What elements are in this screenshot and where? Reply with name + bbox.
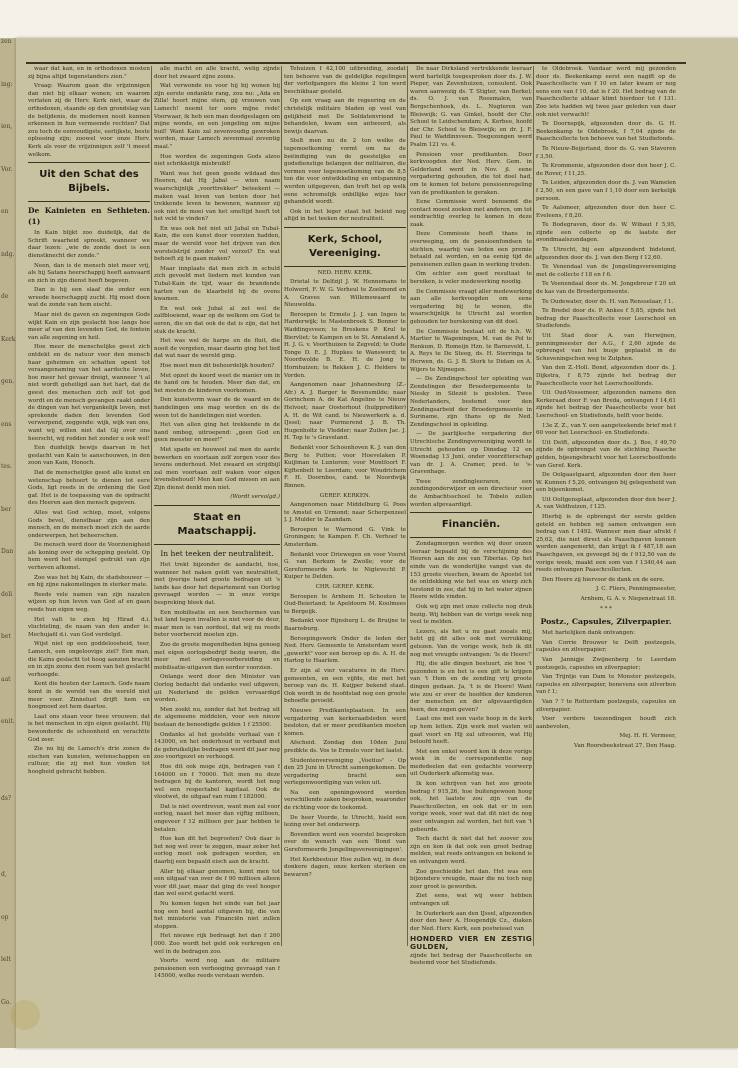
paragraph: Het valt te zien bij Hirad d.i. vluchtel… (28, 617, 150, 640)
paragraph: Te Bredel door ds. P. Ankee f 5,85, zijn… (536, 308, 676, 331)
section-rule (410, 537, 532, 538)
paragraph: Beroepen te Arnhem H. Schouten te Oud-Be… (284, 594, 406, 617)
paragraph: Hoe meer de menschelijke geest zich ontd… (28, 344, 150, 443)
paragraph: Met hartelijken dank ontvangen: (536, 630, 676, 638)
paragraph: Kent die houten der Lamech. Gods naam ko… (28, 681, 150, 711)
paragraph: De mensch werd door de Voorzienigheid al… (28, 542, 150, 572)
paragraph: Bedankt voor Driewegen en voor Voorst G.… (284, 552, 406, 582)
paragraph: Alles wat God schiep, moet, volgens Gods… (28, 510, 150, 540)
paragraph: Eene Commissie werd benoemd die contact … (410, 199, 532, 229)
paragraph: Te Doornspijk, afgezonden door ds. G. H.… (536, 121, 676, 144)
paragraph: Hoe dit ook moge zijn, bedragen van f 16… (154, 764, 280, 802)
paragraph: Zoo geschiedde het dan. Het was een bijz… (410, 869, 532, 892)
paragraph: Het Kerkbestuur Hoe zullen wij, in deze … (284, 857, 406, 880)
paragraph: Ook in het leger staat het beleid nog al… (284, 209, 406, 224)
paragraph: Drietal te Delfzijl J. W. Hennemans te H… (284, 279, 406, 309)
paragraph: — De Zendingschool ter opleiding van Zen… (410, 376, 532, 429)
section-heading-staat: Staat en Maatschappij. (154, 509, 280, 541)
paragraph: Dan is hij een slaaf die onder een wreed… (28, 287, 150, 310)
paragraph: Te Krommenie, afgezonden door den heer J… (536, 163, 676, 178)
paragraph: Te Utrecht, bij een afgezonderd bidstond… (536, 247, 676, 262)
paragraph: Te Nieuw-Beijerland, door ds. G. van Sta… (536, 146, 676, 161)
paragraph: Bovendien werd een voorstel besproken ov… (284, 832, 406, 855)
section-rule (28, 201, 150, 202)
col3-intro: Tehuizen f 42,100 uitbreiding, zoodat te… (284, 66, 406, 224)
paragraph: Wat verwonde nu voor hij bij wonen bij z… (154, 83, 280, 151)
column-divider (151, 66, 152, 946)
paragraph: Om echter een goed resultaat te bereiken… (410, 271, 532, 286)
section-heading-bible: Uit den Schat des Bijbels. (28, 166, 150, 198)
paragraph: Uit Oud-Vossemeer, afgezonden namens den… (536, 390, 676, 420)
paragraph: Er zijn al vier vacatures in de Herv. ge… (284, 668, 406, 706)
paragraph: Men zoekt nu, zonder dat het bedrag uit … (154, 707, 280, 730)
paragraph: Nu komen tegen het einde van het jaar no… (154, 901, 280, 931)
highlight-amount: HONDERD VIER EN ZESTIG GULDEN, (410, 935, 532, 950)
paragraph: Hoe kan dit het begrooten? Ook daar is h… (154, 836, 280, 866)
paragraph: De naar Dirksland vertrekkende leeraar w… (410, 66, 532, 150)
column-divider (533, 66, 534, 946)
paragraph: Van Corrie Brouwer te Delft postzegels, … (536, 640, 676, 655)
paragraph: Te Veenendaal door ds. M. Jongebreur f 2… (536, 281, 676, 296)
section-rule (284, 266, 406, 267)
col3-chrgeref: Beroepen te Arnhem H. Schouten te Oud-Be… (284, 594, 406, 756)
article-title-neutraliteit: In het teeken der neutraliteit. (154, 548, 280, 559)
column-2: alle macht en alle kracht, welig zijnde … (154, 66, 280, 1016)
paragraph: Hierbij is de opbrengst der eerste gelde… (536, 514, 676, 575)
paragraph: Vraag: Waarom gaan die vrijzinnigen dan … (28, 83, 150, 159)
paragraph: Lezers, als het u nu gaat zooals mij, he… (410, 629, 532, 659)
paragraph: Want was het geen goede wildaad des Heer… (154, 171, 280, 224)
col4-fin: Zondagmorgen werden wij door onzen leera… (410, 541, 532, 933)
paragraph: Beroepen te Warmond G. Vink te Groningen… (284, 527, 406, 550)
col1-intro: waar dat kan, en in orthodoxen mosten zi… (28, 66, 150, 159)
to-be-continued: (Wordt vervolgd.) (154, 494, 280, 502)
paragraph: Bedankt voor Schoonhoven K. J. van den B… (284, 445, 406, 491)
paragraph: Te Bodegraven, door ds. W. Wibaut f 5,95… (536, 222, 676, 245)
col2-body: alle macht en alle kracht, welig zijnde … (154, 66, 280, 492)
paragraph: Uit Delft, afgezonden door ds. J. Bos, f… (536, 440, 676, 470)
col3-student: Studentenvereeniging „Voetius" - Op den … (284, 758, 406, 880)
paragraph: Uit Stad door A. van Herwijnen, penningm… (536, 333, 676, 363)
col4-body: De naar Dirksland vertrekkende leeraar w… (410, 66, 532, 509)
paragraph: Stelt men nu de 2 ton welke de tegemoetk… (284, 138, 406, 206)
col5-body: te Oldebroek. Vandaar werd mij gezonden … (536, 66, 676, 584)
paragraph: Studentenvereeniging „Voetius" - Op den … (284, 758, 406, 788)
paragraph: Nieuwe Predikantsplaatsen. In een vergad… (284, 708, 406, 738)
paragraph: En wat ook Jubal al zet wel de zalfbloei… (154, 306, 280, 336)
column-5: te Oldebroek. Vandaar werd mij gezonden … (536, 66, 676, 1016)
col2-article: Het trekt bijzonder de aandacht, hoe, wa… (154, 562, 280, 981)
section-heading-kerk: Kerk, School, Vereeniging. (284, 231, 406, 263)
paragraph: De Commissie bestaat uit de h.h. W. Mart… (410, 329, 532, 375)
paragraph: Beroepen te Ermelo J. J. van Ingen te Ha… (284, 312, 406, 380)
paragraph: Na een openingswoord werden verschillend… (284, 790, 406, 813)
section-rule (154, 505, 280, 506)
paragraph: waar dat kan, en in orthodoxen mosten zi… (28, 66, 150, 81)
subhead-ned-herv: NED. HERV. KERK. (284, 270, 406, 278)
column-3: Tehuizen f 42,100 uitbreiding, zoodat te… (284, 66, 406, 1016)
signature-treasurer: J. C. Fliers, Penningmeester, (536, 586, 676, 594)
col3-geref: Aangenomen naar Middelburg G. Poos te Am… (284, 502, 406, 582)
paragraph: Ondanks al het gestelde verhaal van f 14… (154, 732, 280, 762)
paragraph: — De jaarlijksche vergadering der Utrech… (410, 431, 532, 477)
paragraph: Te Venendaal van de Jongelingsvereenigin… (536, 264, 676, 279)
paragraph: Maar innplaats dat men zich in schuld zi… (154, 266, 280, 304)
paragraph: Zoo was het bij Kain, de stadsbouwer — e… (28, 575, 150, 590)
paragraph: De heer Voorde, te Utrecht, hield een le… (284, 815, 406, 830)
paragraph: Van Trijntje van Dam te Monster postzege… (536, 674, 676, 697)
paragraph: Zoo de groote mogendheden bijna genoeg m… (154, 642, 280, 672)
paragraph: Maar niet de gaven en zegeningen Gods wi… (28, 312, 150, 342)
column-1: waar dat kan, en in orthodoxen mosten zi… (28, 66, 150, 1016)
section-rule (28, 162, 150, 163)
signature-address: Arnhem, G. A. v. Niepenstraat 18. (536, 596, 676, 604)
section-heading-postz: Postz., Capsules, Zilverpapier. (536, 616, 676, 627)
paragraph: In Kain blijkt zoo duidelijk, dat de Sch… (28, 230, 150, 260)
paragraph: Den kunstvorm waar de de waard en de han… (154, 397, 280, 420)
col5-postz: Met hartelijken dank ontvangen:Van Corri… (536, 630, 676, 731)
paragraph: Beroepingswerk Onder de leden der Ned. H… (284, 636, 406, 666)
paragraph: En was ook het niet uit Jabal en Tubal-K… (154, 226, 280, 264)
paragraph: Met een enkel woord kon ik deze vorige w… (410, 749, 532, 779)
paragraph: Ik kon schrijven van het zoo groote bedr… (410, 781, 532, 834)
paragraph: Dat is niet overdreven, want men zal voo… (154, 804, 280, 834)
paragraph: Aangenomen naar Johannesburg (Z.-Afr.) A… (284, 382, 406, 443)
paragraph: Tehuizen f 42,100 uitbreiding, zoodat te… (284, 66, 406, 96)
closing-text: zijnde het bedrag der Paaschcollecte en … (410, 953, 532, 968)
paragraph: Voor verdere toezendingen houdt zich aan… (536, 716, 676, 731)
paragraph: alle macht en alle kracht, welig zijnde … (154, 66, 280, 81)
column-divider (407, 66, 408, 946)
article-title-kainieten: De Kainieten en Sethieten. (1) (28, 205, 150, 227)
section-rule (154, 544, 280, 545)
separator-stars: * * * (536, 606, 676, 614)
section-rule (284, 227, 406, 228)
paragraph: Met spade en houweel zal men de aarde be… (154, 447, 280, 493)
signature-name: Mej. H. H. Vermeer, (536, 733, 676, 741)
paragraph: Een duidelijk bewijs daarvan in het gesl… (28, 445, 150, 468)
paragraph: Laat ons met een vaste hoop in de kerk o… (410, 716, 532, 746)
paragraph: Bedankt voor Rijnsburg L. de Bruijne te … (284, 618, 406, 633)
subhead-geref: GEREF. KERKEN. (284, 493, 406, 501)
paragraph: Een mobilisatie en een beschermen van he… (154, 610, 280, 640)
paragraph: Op een vraag aan de regeering en de chri… (284, 98, 406, 136)
paragraph: Dat de menschelijke geest alle kunst en … (28, 470, 150, 508)
paragraph: Wijst niet op een goddeloosheid, teer, L… (28, 641, 150, 679)
paragraph: Van den Z.-Holl. Bond, afgezonden door d… (536, 365, 676, 388)
paragraph: Onlangs werd door den Minister van Oorlo… (154, 674, 280, 704)
paragraph: Toch dacht ik niet dat het zoover zou zi… (410, 836, 532, 866)
paragraph: Den Heere zij hiervoor de dank en de eer… (536, 577, 676, 585)
column-4: De naar Dirksland vertrekkende leeraar w… (410, 66, 532, 1016)
paragraph: Neen, dan is de mensch niet meer vrij, a… (28, 263, 150, 286)
paragraph: Te Leiden, afgezonden door ds. J. van Wa… (536, 180, 676, 203)
paragraph: Te Aalsmeer, afgezonden door den heer C.… (536, 205, 676, 220)
paragraph: Aangenomen naar Middelburg G. Poos te Am… (284, 502, 406, 525)
paragraph: Zondagmorgen werden wij door onzen leera… (410, 541, 532, 602)
paragraph: Het was wel de harpe en de fluit, die no… (154, 338, 280, 361)
paragraph: In Ouderkerk aan den IJssel, afgezonden … (410, 911, 532, 934)
paragraph: te Oldebroek. Vandaar werd mij gezonden … (536, 66, 676, 119)
paragraph: Deze Commissie heeft thans in overweging… (410, 231, 532, 269)
paragraph: Ziet eens, wat wij weer hebben ontvangen… (410, 893, 532, 908)
paper-stain (10, 1000, 40, 1030)
top-rule (26, 62, 686, 64)
paragraph: Pensioen voor predikanten. Door kerkvoog… (410, 152, 532, 198)
paragraph: Van Jannigje Zwijnenberg te Leerdam post… (536, 657, 676, 672)
paragraph: Twee zendingleeraren, een zendingonderwi… (410, 479, 532, 509)
subhead-chr-geref: CHR. GEREF. KERK. (284, 584, 406, 592)
paragraph: De Commissie vraagt aller medewerking aa… (410, 289, 532, 327)
paragraph: Hoe moet men dit behoordelijk houden? (154, 363, 280, 371)
paragraph: Hoe worden de zegeningen Gods alzoo niet… (154, 154, 280, 169)
paragraph: 13e Z. Z., van Y. een aangeteekende brie… (536, 423, 676, 438)
signature-address-2: Van Roorebeekstraat 27, Den Haag. (536, 743, 676, 751)
paragraph: Afscheid. Zondag den 10den Juni predikte… (284, 740, 406, 755)
col1-body: In Kain blijkt zoo duidelijk, dat de Sch… (28, 230, 150, 776)
col3-nedherv: Drietal te Delfzijl J. W. Hennemans te H… (284, 279, 406, 490)
paragraph: Het nieuwe rijk bedraagt het dan f 260 0… (154, 933, 280, 956)
section-heading-financien: Financiën. (410, 516, 532, 534)
paragraph: Ook wij zijn met onze collecte nog druk … (410, 604, 532, 627)
section-rule (410, 512, 532, 513)
paragraph: Aller bij elkaar genomen, komt men tot e… (154, 869, 280, 899)
paragraph: Het trekt bijzonder de aandacht, hoe, wa… (154, 562, 280, 608)
paragraph: Hij, die alle dingen bestuurt, zie hoe '… (410, 661, 532, 714)
paragraph: Zie nu bij de Lamech's drie zonen de eis… (28, 746, 150, 776)
column-divider (281, 66, 282, 946)
paragraph: Met opzet de koord weet de manier om in … (154, 373, 280, 396)
paragraph: Uit Ooltgensplaat, afgezonden door den h… (536, 497, 676, 512)
paragraph: Laat ons staan voor twee vrouwen: dat is… (28, 714, 150, 744)
paragraph: Reeds vele namen van zijn nazaten wijzen… (28, 592, 150, 615)
paragraph: Van ? ? te Rotterdam postzegels, capsule… (536, 699, 676, 714)
paragraph: Het van allen ging het trekkende in de h… (154, 422, 280, 445)
paragraph: Voorts werd nog aan de militaire pensioe… (154, 958, 280, 981)
paragraph: Te Oudewater, door ds. H. van Rensselaar… (536, 299, 676, 307)
paragraph: De Oolgaastgaard, afgezonden door den he… (536, 472, 676, 495)
